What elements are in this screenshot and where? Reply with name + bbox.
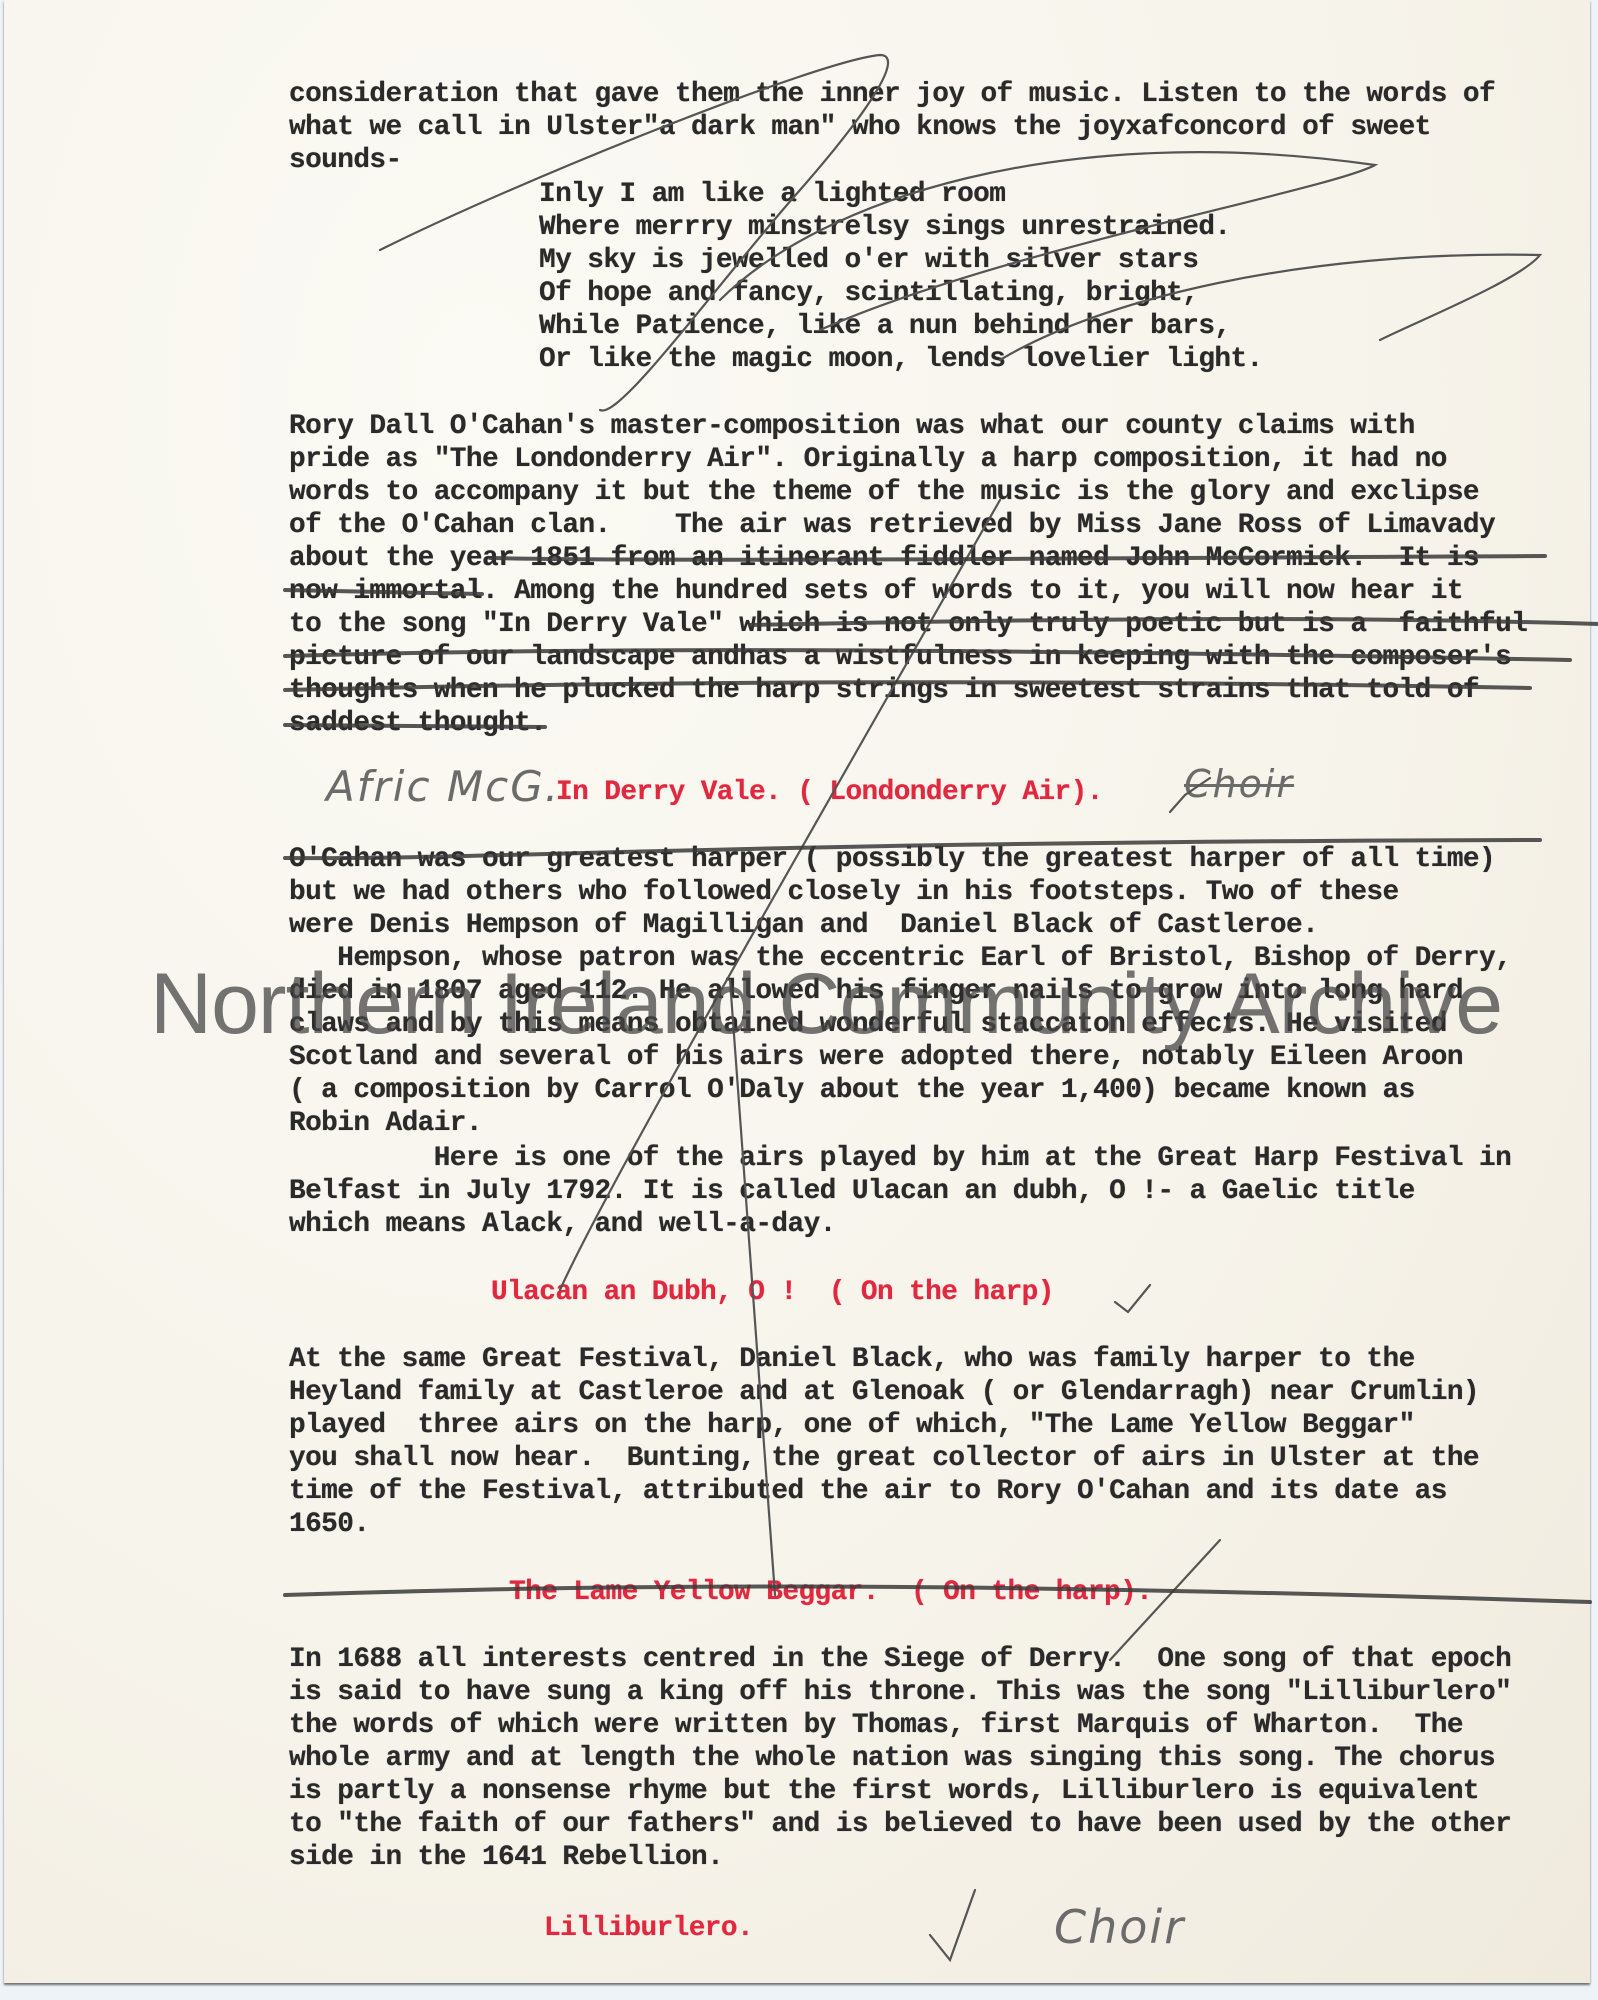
text-line: saddest thought. [289, 707, 546, 740]
text-line: about the year 1851 from an itinerant fi… [289, 542, 1479, 575]
text-line: you shall now hear. Bunting, the great c… [289, 1442, 1479, 1475]
text-line: At the same Great Festival, Daniel Black… [289, 1343, 1415, 1376]
text-line: were Denis Hempson of Magilligan and Dan… [289, 909, 1318, 942]
text-line: side in the 1641 Rebellion. [289, 1841, 723, 1874]
text-line: words to accompany it but the theme of t… [289, 476, 1479, 509]
handwritten-note-struck: Choir [1184, 762, 1294, 806]
handwritten-performer: Afric McG. [326, 762, 560, 811]
poem-line: Of hope and fancy, scintillating, bright… [539, 277, 1198, 310]
typed-page: consideration that gave them the inner j… [4, 0, 1590, 1983]
text-line: 1650. [289, 1508, 369, 1541]
text-line: is said to have sung a king off his thro… [289, 1676, 1511, 1709]
text-line: which means Alack, and well-a-day. [289, 1208, 836, 1241]
text-line: died in 1807 aged 112. He allowed his fi… [289, 975, 1463, 1008]
text-line: pride as "The Londonderry Air". Original… [289, 443, 1447, 476]
text-line: Here is one of the airs played by him at… [289, 1142, 1511, 1175]
text-line: time of the Festival, attributed the air… [289, 1475, 1447, 1508]
text-line: whole army and at length the whole natio… [289, 1742, 1495, 1775]
text-line: Robin Adair. [289, 1107, 482, 1140]
text-line: picture of our landscape andhas a wistfu… [289, 641, 1511, 674]
text-line: O'Cahan was our greatest harper ( possib… [289, 843, 1495, 876]
text-line: what we call in Ulster"a dark man" who k… [289, 111, 1431, 144]
program-item-title: In Derry Vale. ( Londonderry Air). [556, 776, 1103, 809]
text-line: Rory Dall O'Cahan's master-composition w… [289, 410, 1415, 443]
text-line: of the O'Cahan clan. The air was retriev… [289, 509, 1495, 542]
text-line: now immortal. Among the hundred sets of … [289, 575, 1463, 608]
poem-line: My sky is jewelled o'er with silver star… [539, 244, 1198, 277]
poem-line: Or like the magic moon, lends lovelier l… [539, 343, 1263, 376]
text-line: but we had others who followed closely i… [289, 876, 1399, 909]
poem-line: While Patience, like a nun behind her ba… [539, 310, 1230, 343]
text-line: consideration that gave them the inner j… [289, 78, 1495, 111]
text-line: ( a composition by Carrol O'Daly about t… [289, 1074, 1415, 1107]
text-line: Belfast in July 1792. It is called Ulaca… [289, 1175, 1415, 1208]
poem-line: Where merrry minstrelsy sings unrestrain… [539, 211, 1230, 244]
program-item-lame-yellow-beggar: The Lame Yellow Beggar. ( On the harp). [509, 1576, 1152, 1609]
text-line: to the song "In Derry Vale" which is not… [289, 608, 1527, 641]
text-line: In 1688 all interests centred in the Sie… [289, 1643, 1511, 1676]
text-line: is partly a nonsense rhyme but the first… [289, 1775, 1479, 1808]
program-item-title: Lilliburlero. [544, 1912, 753, 1945]
text-line: the words of which were written by Thoma… [289, 1709, 1463, 1742]
text-line: played three airs on the harp, one of wh… [289, 1409, 1415, 1442]
program-item-ulacan: Ulacan an Dubh, O ! ( On the harp) [491, 1276, 1054, 1309]
text-line: sounds- [289, 144, 402, 177]
text-line: thoughts when he plucked the harp string… [289, 674, 1479, 707]
text-line: Hempson, whose patron was the eccentric … [289, 942, 1511, 975]
text-line: Heyland family at Castleroe and at Gleno… [289, 1376, 1479, 1409]
text-line: Scotland and several of his airs were ad… [289, 1041, 1463, 1074]
handwritten-note: Choir [1054, 1900, 1185, 1954]
poem-line: Inly I am like a lighted room [539, 178, 1005, 211]
text-line: claws and by this means obtained wonderf… [289, 1008, 1447, 1041]
text-line: to "the faith of our fathers" and is bel… [289, 1808, 1511, 1841]
